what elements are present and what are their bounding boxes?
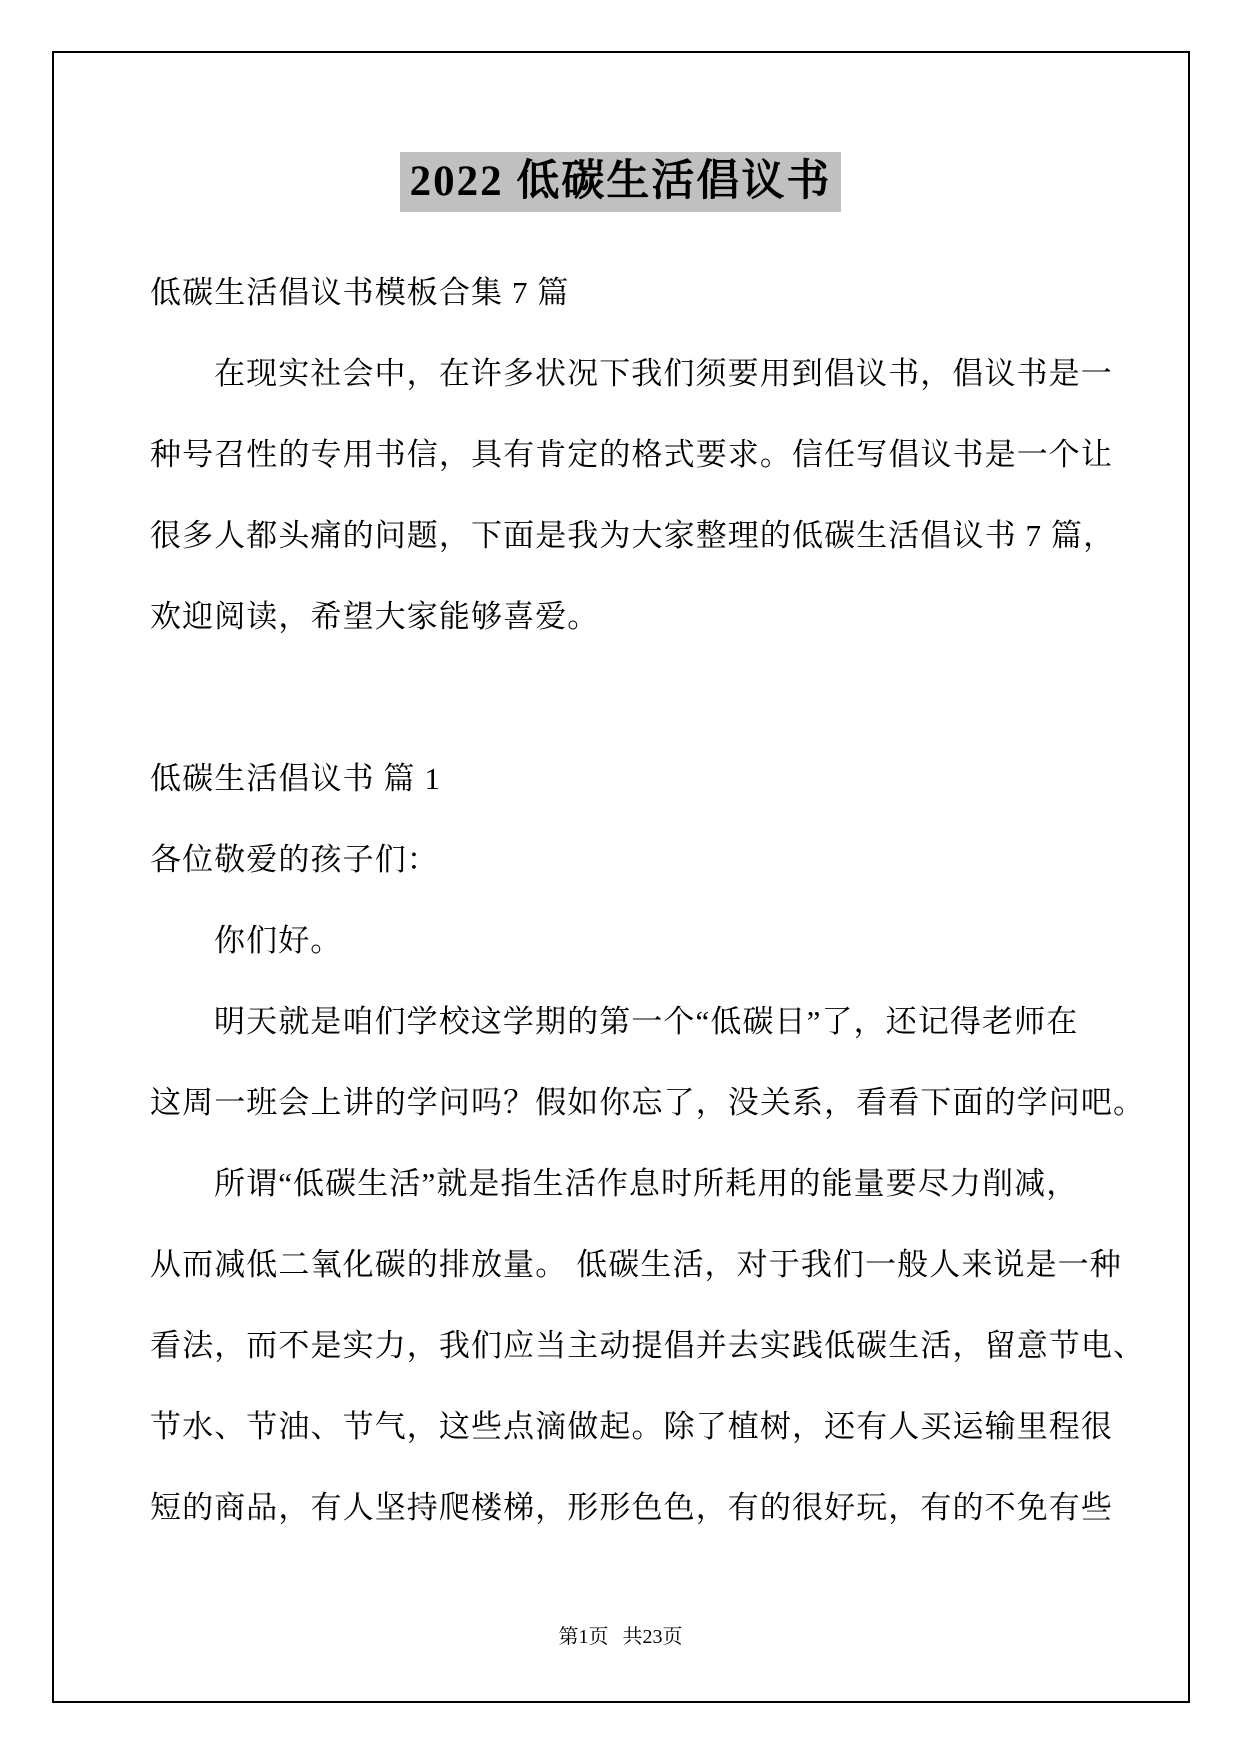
text-line: 这周一班会上讲的学问吗？假如你忘了，没关系，看看下面的学问吧。 (150, 1062, 1115, 1143)
text-line: 很多人都头痛的问题，下面是我为大家整理的低碳生活倡议书 7 篇， (150, 495, 1115, 576)
text-line: 所谓“低碳生活”就是指生活作息时所耗用的能量要尽力削减， (150, 1143, 1115, 1224)
text-line: 种号召性的专用书信，具有肯定的格式要求。信任写倡议书是一个让 (150, 414, 1115, 495)
text-line: 短的商品，有人坚持爬楼梯，形形色色，有的很好玩，有的不免有些 (150, 1467, 1115, 1548)
text-line: 各位敬爱的孩子们： (150, 819, 1115, 900)
text-line: 低碳生活倡议书 篇 1 (150, 738, 1115, 819)
document-title: 2022 低碳生活倡议书 (400, 152, 842, 212)
page-number-label: 第1页 (559, 1626, 609, 1648)
text-line: 看法，而不是实力，我们应当主动提倡并去实践低碳生活，留意节电、 (150, 1305, 1115, 1386)
text-line: 在现实社会中，在许多状况下我们须要用到倡议书，倡议书是一 (150, 333, 1115, 414)
text-line: 你们好。 (150, 900, 1115, 981)
text-line: 明天就是咱们学校这学期的第一个“低碳日”了，还记得老师在 (150, 981, 1115, 1062)
text-line: 从而减低二氧化碳的排放量。 低碳生活，对于我们一般人来说是一种 (150, 1224, 1115, 1305)
title-row: 2022 低碳生活倡议书 (0, 152, 1241, 212)
page-footer: 第1页共23页 (0, 1622, 1241, 1652)
text-line: 欢迎阅读，希望大家能够喜爱。 (150, 576, 1115, 657)
page-total-label: 共23页 (623, 1626, 683, 1648)
text-line: 低碳生活倡议书模板合集 7 篇 (150, 252, 1115, 333)
document-body: 低碳生活倡议书模板合集 7 篇 在现实社会中，在许多状况下我们须要用到倡议书，倡… (150, 252, 1115, 1548)
text-line: 节水、节油、节气，这些点滴做起。除了植树，还有人买运输里程很 (150, 1386, 1115, 1467)
blank-line (150, 657, 1115, 738)
